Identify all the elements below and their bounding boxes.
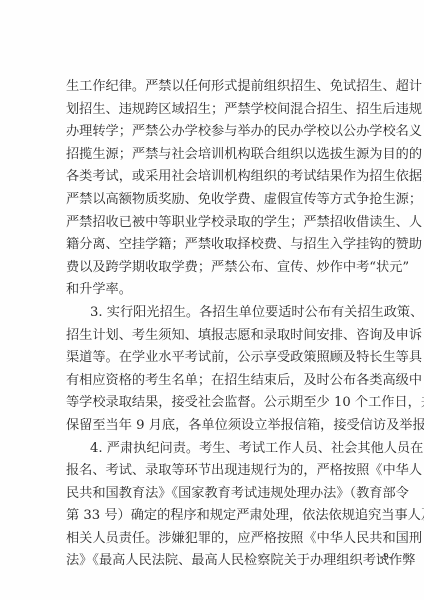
text-line: 各类考试，或采用社会培训机构组织的考试结果作为招生依据； xyxy=(66,166,376,189)
document-page: 生工作纪律。严禁以任何形式提前组织招生、免试招生、超计 划招生、违规跨区域招生；… xyxy=(0,0,424,600)
section-heading-3: 3. 实行阳光招生。各招生单位要适时公布有关招生政策、 xyxy=(66,302,376,325)
text-line: 招生计划、考生须知、填报志愿和录取时间安排、咨询及申诉 xyxy=(66,325,376,348)
text-line: 相关人员责任。涉嫌犯罪的，应严格按照《中华人民共和国刑 xyxy=(66,528,376,551)
text-line: 划招生、违规跨区域招生；严禁学校间混合招生、招生后违规 xyxy=(66,99,376,122)
text-line: 生工作纪律。严禁以任何形式提前组织招生、免试招生、超计 xyxy=(66,76,376,99)
text-line: 有相应资格的考生名单；在招生结束后，及时公布各类高级中 xyxy=(66,370,376,393)
text-line: 民共和国教育法》《国家教育考试违规处理办法》（教育部令 xyxy=(66,483,376,506)
text-line: 保留至当年 9 月底，各单位须设立举报信箱，接受信访及举报。 xyxy=(66,415,376,438)
text-line: 和升学率。 xyxy=(66,279,376,302)
section-heading-4: 4. 严肃执纪问责。考生、考试工作人员、社会其他人员在 xyxy=(66,438,376,461)
text-line: 严禁招收已被中等职业学校录取的学生；严禁招收借读生、人 xyxy=(66,212,376,235)
text-line: 严禁以高额物质奖励、免收学费、虚假宣传等方式争抢生源； xyxy=(66,189,376,212)
text-line: 等学校录取结果，接受社会监督。公示期至少 10 个工作日，并 xyxy=(66,392,376,415)
text-line: 籍分离、空挂学籍；严禁收取择校费、与招生入学挂钩的赞助 xyxy=(66,234,376,257)
text-line: 办理转学；严禁公办学校参与举办的民办学校以公办学校名义 xyxy=(66,121,376,144)
text-line: 第 33 号）确定的程序和规定严肃处理，依法依规追究当事人及 xyxy=(66,505,376,528)
text-line: 费以及跨学期收取学费；严禁公布、宣传、炒作中考“状元” xyxy=(66,257,376,280)
text-line: 报名、考试、录取等环节出现违规行为的，严格按照《中华人 xyxy=(66,460,376,483)
text-line: 法》《最高人民法院、最高人民检察院关于办理组织考试作弊 xyxy=(66,550,376,573)
body-text: 生工作纪律。严禁以任何形式提前组织招生、免试招生、超计 划招生、违规跨区域招生；… xyxy=(66,76,376,573)
page-number: -9- xyxy=(380,552,392,563)
text-line: 渠道等。在学业水平考试前，公示享受政策照顾及特长生等具 xyxy=(66,347,376,370)
text-line: 招揽生源；严禁与社会培训机构联合组织以选拔生源为目的的 xyxy=(66,144,376,167)
